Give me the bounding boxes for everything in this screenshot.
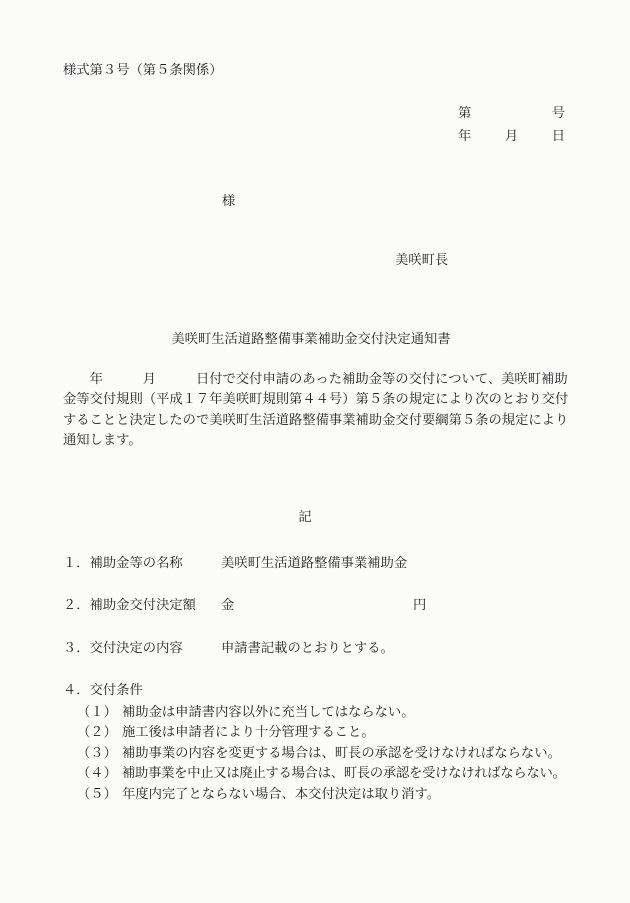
item-label: ４．交付条件 bbox=[63, 682, 143, 697]
body-line: 通知します。 bbox=[63, 430, 573, 450]
condition-number: （４） bbox=[77, 765, 117, 780]
doc-number-suffix: 号 bbox=[552, 103, 565, 123]
item-row-grant-name: １．補助金等の名称 美咲町生活道路整備事業補助金 bbox=[63, 553, 183, 573]
condition-item: （５） 年度内完了とならない場合、本交付決定は取り消す。 bbox=[77, 784, 117, 804]
condition-text: 補助事業の内容を変更する場合は、町長の承認を受けなければならない。 bbox=[122, 743, 561, 763]
item-value: 美咲町生活道路整備事業補助金 bbox=[221, 553, 407, 573]
condition-number: （３） bbox=[77, 745, 117, 760]
condition-text: 補助金は申請書内容以外に充当してはならない。 bbox=[122, 702, 415, 722]
condition-item: （１） 補助金は申請書内容以外に充当してはならない。 bbox=[77, 702, 117, 722]
document-number-line: 第 号 bbox=[458, 103, 565, 123]
body-line: 年 月 日付で交付申請のあった補助金等の交付について、美咲町補助 bbox=[63, 369, 573, 389]
record-marker: 記 bbox=[0, 507, 610, 527]
date-month-label: 月 bbox=[505, 126, 518, 146]
item-value: 申請書記載のとおりとする。 bbox=[221, 638, 394, 658]
document-page: 様式第３号（第５条関係） 第 号 年 月 日 様 美咲町長 美咲町生活道路整備事… bbox=[0, 0, 630, 903]
date-day-label: 日 bbox=[552, 126, 565, 146]
item-row-decision-content: ３．交付決定の内容 申請書記載のとおりとする。 bbox=[63, 638, 183, 658]
condition-number: （２） bbox=[77, 724, 117, 739]
body-line: 金等交付規則（平成１７年美咲町規則第４４号）第５条の規定により次のとおり交付 bbox=[63, 389, 573, 409]
item-label: ３．交付決定の内容 bbox=[63, 640, 183, 655]
amount-yen-label: 円 bbox=[413, 595, 426, 615]
item-row-grant-amount: ２．補助金交付決定額 金 円 bbox=[63, 595, 196, 615]
item-label: １．補助金等の名称 bbox=[63, 555, 183, 570]
condition-text: 施工後は申請者により十分管理すること。 bbox=[122, 722, 375, 742]
doc-number-prefix: 第 bbox=[458, 103, 471, 123]
date-line: 年 月 日 bbox=[458, 126, 565, 146]
date-year-label: 年 bbox=[458, 126, 471, 146]
addressee-honorific: 様 bbox=[222, 191, 235, 211]
condition-number: （１） bbox=[77, 704, 117, 719]
item-label: ２．補助金交付決定額 bbox=[63, 597, 196, 612]
condition-text: 年度内完了とならない場合、本交付決定は取り消す。 bbox=[122, 784, 440, 804]
document-title: 美咲町生活道路整備事業補助金交付決定通知書 bbox=[0, 329, 622, 349]
amount-prefix-label: 金 bbox=[221, 595, 234, 615]
condition-number: （５） bbox=[77, 786, 117, 801]
sender-name: 美咲町長 bbox=[395, 250, 448, 270]
condition-item: （３） 補助事業の内容を変更する場合は、町長の承認を受けなければならない。 bbox=[77, 743, 117, 763]
form-number-label: 様式第３号（第５条関係） bbox=[63, 60, 223, 80]
condition-text: 補助事業を中止又は廃止する場合は、町長の承認を受けなければならない。 bbox=[122, 763, 566, 783]
body-paragraph: 年 月 日付で交付申請のあった補助金等の交付について、美咲町補助 金等交付規則（… bbox=[63, 369, 573, 450]
condition-item: （４） 補助事業を中止又は廃止する場合は、町長の承認を受けなければならない。 bbox=[77, 763, 117, 783]
condition-item: （２） 施工後は申請者により十分管理すること。 bbox=[77, 722, 117, 742]
body-line: することと決定したので美咲町生活道路整備事業補助金交付要綱第５条の規定により bbox=[63, 410, 573, 430]
item-row-conditions-heading: ４．交付条件 bbox=[63, 680, 143, 700]
